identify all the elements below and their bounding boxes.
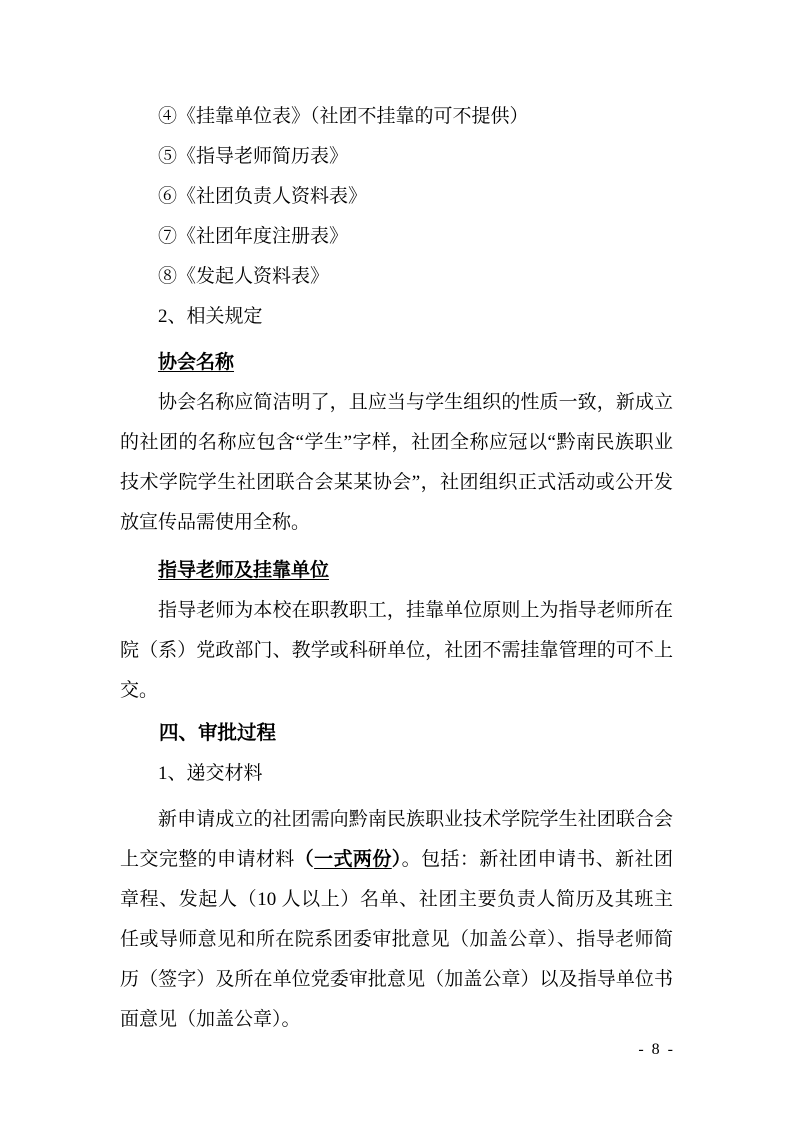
- document-body: ④《挂靠单位表》（社团不挂靠的可不提供） ⑤《指导老师简历表》 ⑥《社团负责人资…: [120, 97, 673, 1040]
- sub-heading-submit-materials: 1、递交材料: [120, 754, 673, 794]
- paragraph-submit-materials: 新申请成立的社团需向黔南民族职业技术学院学生社团联合会上交完整的申请材料（一式两…: [120, 800, 673, 1040]
- list-item-4: ④《挂靠单位表》（社团不挂靠的可不提供）: [120, 97, 673, 137]
- heading-association-name: 协会名称: [120, 343, 673, 383]
- list-item-6: ⑥《社团负责人资料表》: [120, 177, 673, 217]
- submit-materials-paren-close: ）: [392, 849, 402, 870]
- list-item-8: ⑧《发起人资料表》: [120, 257, 673, 297]
- submit-materials-emphasis: 一式两份: [314, 849, 392, 870]
- heading-approval-process: 四、审批过程: [120, 714, 673, 754]
- list-item-5: ⑤《指导老师简历表》: [120, 137, 673, 177]
- heading-association-name-text: 协会名称: [158, 352, 234, 373]
- submit-materials-after: 。包括：新社团申请书、新社团章程、发起人（10 人以上）名单、社团主要负责人简历…: [120, 849, 673, 1030]
- paragraph-advisor-unit: 指导老师为本校在职教职工，挂靠单位原则上为指导老师所在院（系）党政部门、教学或科…: [120, 591, 673, 711]
- section-related-rules: 2、相关规定: [120, 297, 673, 337]
- heading-advisor-unit: 指导老师及挂靠单位: [120, 551, 673, 591]
- heading-advisor-unit-text: 指导老师及挂靠单位: [158, 560, 329, 581]
- page-number: - 8 -: [638, 1040, 675, 1060]
- list-item-7: ⑦《社团年度注册表》: [120, 217, 673, 257]
- paragraph-association-name: 协会名称应简洁明了，且应当与学生组织的性质一致，新成立的社团的名称应包含“学生”…: [120, 383, 673, 543]
- submit-materials-paren-open: （: [295, 849, 314, 870]
- document-page: ④《挂靠单位表》（社团不挂靠的可不提供） ⑤《指导老师简历表》 ⑥《社团负责人资…: [0, 0, 793, 1122]
